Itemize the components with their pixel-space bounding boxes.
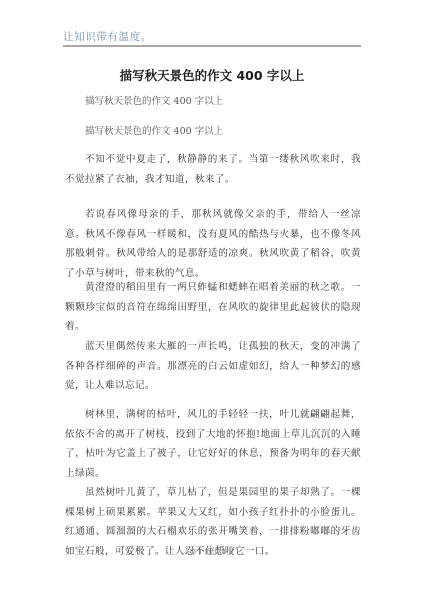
document-body: 树林里，满树的枯叶，风儿的手轻轻一扶，叶儿就翩翩起舞，依依不舍的离开了树枝，投到… — [65, 405, 361, 483]
document-body: 黄澄澄的稻田里有一两只蚱蜢和蟋蟀在唱着美丽的秋之歌。一颗颗珍宝似的音符在绵绵田野… — [65, 278, 361, 337]
paragraph: 不知不觉中夏走了，秋静静的来了。当第一缕秋风吹来时，我不觉拉紧了衣袖，我才知道，… — [65, 150, 361, 189]
document-body: 若说春风像母亲的手，那秋风就像父亲的手，带给人一丝凉意。秋风不像春风一样暖和，没… — [65, 205, 361, 283]
header-slogan: 让知识带有温度。 — [63, 30, 363, 44]
page-indicator: 第 1 页/共 4 页 — [0, 547, 424, 556]
paragraph: 树林里，满树的枯叶，风儿的手轻轻一扶，叶儿就翩翩起舞，依依不舍的离开了树枝，投到… — [65, 405, 361, 483]
header-divider — [63, 45, 361, 47]
page-header: 让知识带有温度。 — [63, 30, 363, 44]
document-body: 蓝天里偶然传来大雁的一声长鸣，让孤独的秋天，变的冲满了各种各样细碎的声音。那漂亮… — [65, 337, 361, 396]
document-title: 描写秋天景色的作文 400 字以上 — [0, 66, 424, 84]
paragraph: 黄澄澄的稻田里有一两只蚱蜢和蟋蟀在唱着美丽的秋之歌。一颗颗珍宝似的音符在绵绵田野… — [65, 278, 361, 337]
paragraph: 蓝天里偶然传来大雁的一声长鸣，让孤独的秋天，变的冲满了各种各样细碎的声音。那漂亮… — [65, 337, 361, 396]
paragraph: 若说春风像母亲的手，那秋风就像父亲的手，带给人一丝凉意。秋风不像春风一样暖和，没… — [65, 205, 361, 283]
document-subtitle: 描写秋天景色的作文 400 字以上 — [85, 93, 223, 107]
document-subtitle: 描写秋天景色的作文 400 字以上 — [85, 123, 223, 137]
